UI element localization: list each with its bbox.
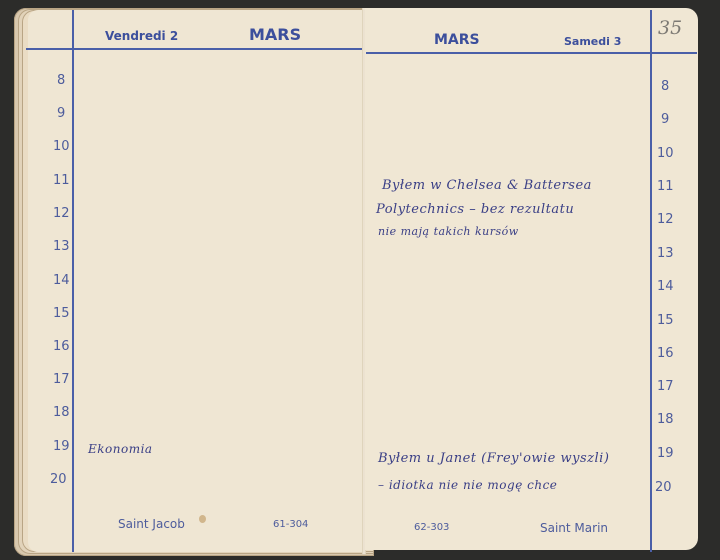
handwritten-entry: Ekonomia — [88, 442, 153, 456]
hour-label: 9 — [57, 106, 65, 121]
hour-label: 12 — [53, 206, 70, 221]
left-day-label: Vendredi 2 — [105, 29, 178, 43]
handwritten-line: Byłem u Janet (Frey'owie wyszli) — [378, 451, 609, 466]
left-saint-name: Saint Jacob — [118, 517, 185, 531]
hour-label: 8 — [661, 79, 669, 94]
hour-label: 17 — [657, 379, 674, 394]
left-day-count: 61-304 — [273, 519, 308, 530]
hour-label: 17 — [53, 372, 70, 387]
hour-label: 10 — [657, 146, 674, 161]
right-day-label: Samedi 3 — [564, 35, 621, 48]
hour-label: 19 — [657, 446, 674, 461]
hour-label: 15 — [657, 313, 674, 328]
hour-label: 15 — [53, 306, 70, 321]
hour-label: 11 — [53, 173, 70, 188]
right-day-count: 62-303 — [414, 522, 449, 533]
right-saint-name: Saint Marin — [540, 521, 608, 535]
handwritten-line: – idiotka nie nie mogę chce — [378, 478, 557, 492]
hour-label: 18 — [657, 412, 674, 427]
hour-label: 16 — [53, 339, 70, 354]
handwritten-line: nie mają takich kursów — [378, 225, 519, 238]
right-month-title: MARS — [434, 32, 480, 48]
handwritten-page-number: 35 — [658, 17, 682, 39]
hour-label: 16 — [657, 346, 674, 361]
hour-label: 18 — [53, 405, 70, 420]
left-header-rule — [26, 48, 365, 50]
handwritten-line: Byłem w Chelsea & Battersea — [382, 178, 592, 193]
hour-label: 10 — [53, 139, 70, 154]
left-month-title: MARS — [249, 25, 301, 44]
hour-label: 20 — [655, 480, 672, 495]
hour-label: 11 — [657, 179, 674, 194]
hour-label: 9 — [661, 112, 669, 127]
hour-label: 14 — [53, 273, 70, 288]
right-page — [365, 8, 698, 550]
left-hour-column-rule — [72, 10, 74, 552]
paper-stain — [199, 515, 206, 523]
right-hour-column-rule — [650, 10, 652, 552]
hour-label: 8 — [57, 73, 65, 88]
hour-label: 20 — [50, 472, 67, 487]
hour-label: 14 — [657, 279, 674, 294]
hour-label: 13 — [53, 239, 70, 254]
left-page — [28, 10, 365, 552]
right-header-rule — [366, 52, 697, 54]
hour-label: 12 — [657, 212, 674, 227]
handwritten-line: Polytechnics – bez rezultatu — [376, 202, 574, 217]
hour-label: 13 — [657, 246, 674, 261]
hour-label: 19 — [53, 439, 70, 454]
